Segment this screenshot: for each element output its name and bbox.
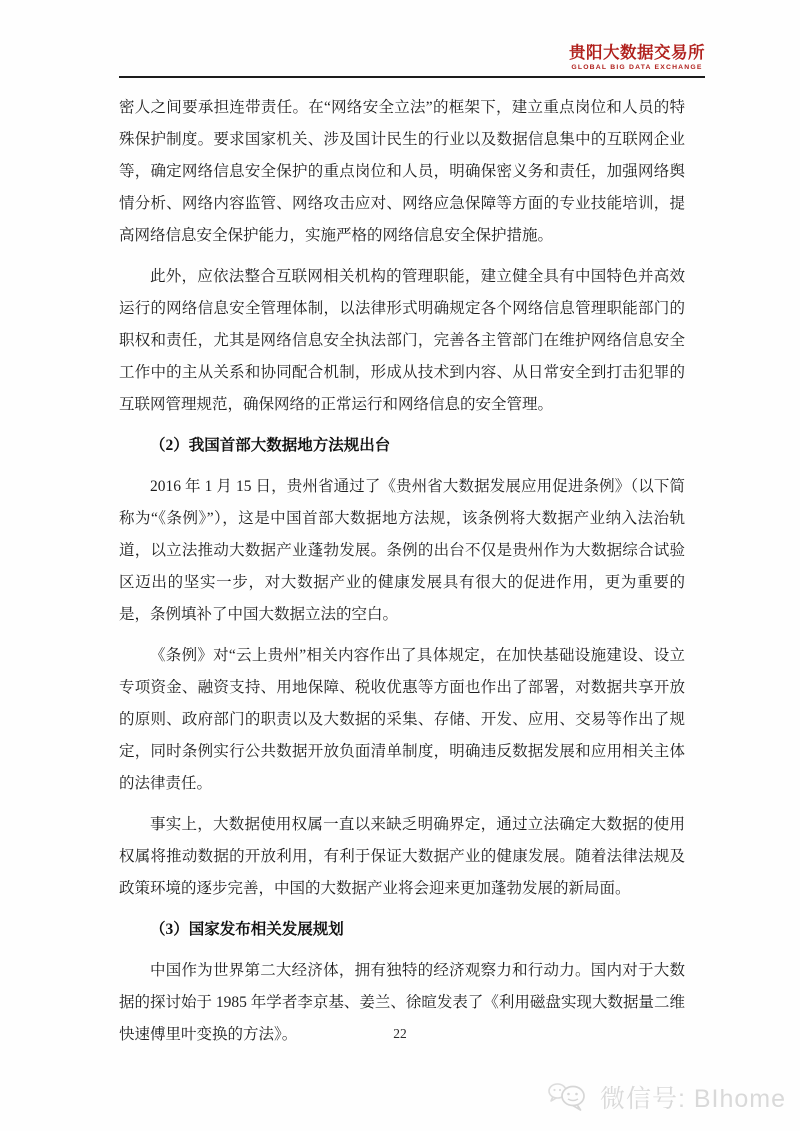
paragraph: 此外，应依法整合互联网相关机构的管理职能，建立健全具有中国特色并高效运行的网络信… [119,261,685,421]
wechat-icon [547,1080,591,1114]
paragraph: 《条例》对“云上贵州”相关内容作出了具体规定，在加快基础设施建设、设立专项资金、… [119,640,685,800]
page-number: 22 [0,1026,800,1042]
watermark-text: 微信号: BIhome [600,1079,786,1115]
logo-subtitle: GLOBAL BIG DATA EXCHANGE [569,64,705,71]
section-heading-3: （3）国家发布相关发展规划 [119,914,685,946]
watermark: 微信号: BIhome [547,1079,786,1115]
logo-title: 贵阳大数据交易所 [569,44,705,62]
paragraph: 2016 年 1 月 15 日，贵州省通过了《贵州省大数据发展应用促进条例》（以… [119,471,685,631]
document-content: 密人之间要承担连带责任。在“网络安全立法”的框架下，建立重点岗位和人员的特殊保护… [119,92,685,1060]
header-divider [119,76,705,78]
section-heading-2: （2）我国首部大数据地方法规出台 [119,430,685,462]
logo: 贵阳大数据交易所 GLOBAL BIG DATA EXCHANGE [569,44,705,71]
paragraph: 事实上，大数据使用权属一直以来缺乏明确界定，通过立法确定大数据的使用权属将推动数… [119,809,685,905]
document-page: 贵阳大数据交易所 GLOBAL BIG DATA EXCHANGE 密人之间要承… [0,0,800,1131]
paragraph-continuation: 密人之间要承担连带责任。在“网络安全立法”的框架下，建立重点岗位和人员的特殊保护… [119,92,685,252]
